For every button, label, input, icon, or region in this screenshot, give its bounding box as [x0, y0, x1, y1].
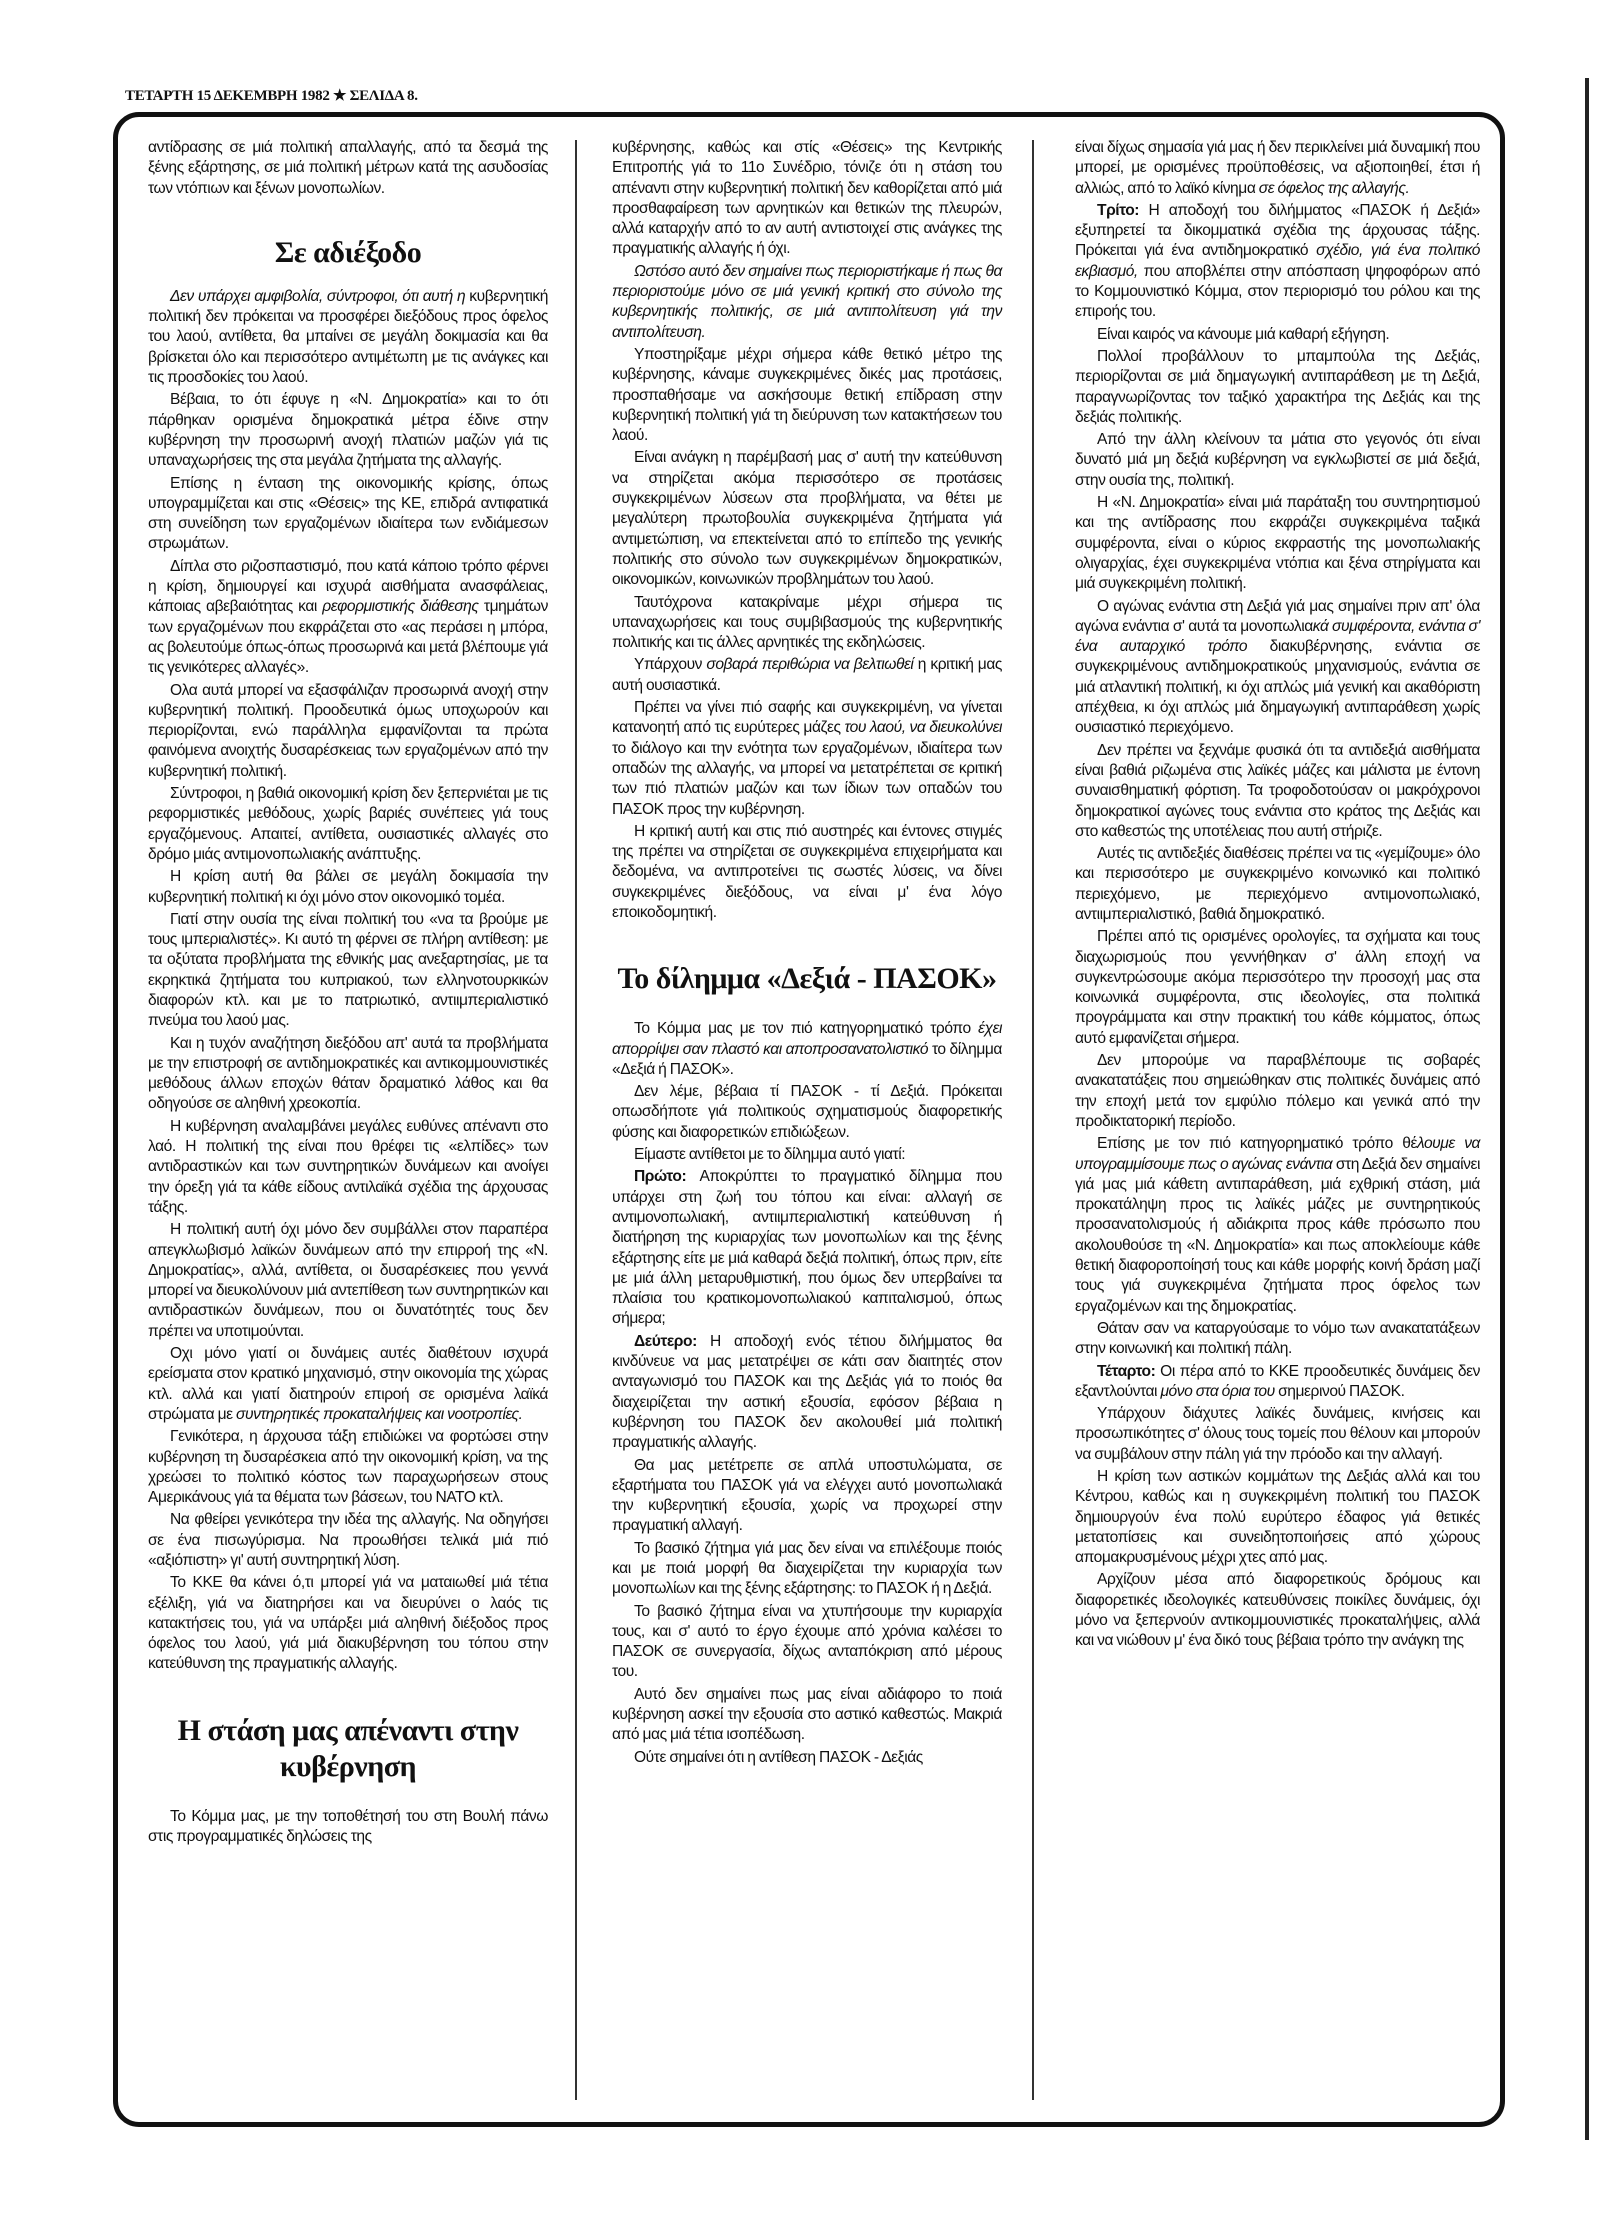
italic-text: ρεφορμιστικής διάθεσης [322, 598, 478, 615]
italic-text: μόνο στα όρια του [1160, 1383, 1274, 1400]
paragraph: είναι δίχως σημασία γιά μας ή δεν περικλ… [1075, 138, 1480, 199]
paragraph: Τρίτο: Η αποδοχή του διλήμματος «ΠΑΣΟΚ ή… [1075, 201, 1480, 323]
bold-lead: Τρίτο: [1097, 202, 1139, 219]
article-column-3: είναι δίχως σημασία γιά μας ή δεν περικλ… [1075, 138, 1480, 1654]
page-dateline: ΤΕΤΑΡΤΗ 15 ΔΕΚΕΜΒΡΗ 1982 ★ ΣΕΛΙΔΑ 8. [125, 86, 418, 105]
bold-lead: Πρώτο: [634, 1168, 686, 1185]
paragraph: Από την άλλη κλείνουν τα μάτια στο γεγον… [1075, 430, 1480, 491]
paragraph: Η κυβέρνηση αναλαμβάνει μεγάλες ευθύνες … [148, 1117, 548, 1218]
paragraph: Πρέπει από τις ορισμένες ορολογίες, τα σ… [1075, 927, 1480, 1049]
text: Υπάρχουν [634, 656, 706, 673]
paragraph: Δεν υπάρχει αμφιβολία, σύντροφοι, ότι αυ… [148, 287, 548, 388]
italic-text: Ωστόσο αυτό δεν σημαίνει πως περιοριστήκ… [612, 263, 1002, 341]
paragraph: Η κριτική αυτή και στις πιό αυστηρές και… [612, 822, 1002, 923]
text: Η αποδοχή ενός τέτιου διλήμματος θα κινδ… [612, 1333, 1002, 1451]
page-edge-rule [1585, 78, 1589, 2140]
paragraph: Το Κόμμα μας, με την τοποθέτησή του στη … [148, 1807, 548, 1848]
paragraph: Αυτές τις αντιδεξιές διαθέσεις πρέπει να… [1075, 844, 1480, 925]
paragraph: Γιατί στην ουσία της είναι πολιτική του … [148, 910, 548, 1032]
paragraph: κυβέρνησης, καθώς και στίς «Θέσεις» της … [612, 138, 1002, 260]
paragraph: Πρώτο: Αποκρύπτει το πραγματικό δίλημμα … [612, 1167, 1002, 1329]
paragraph: Βέβαια, το ότι έφυγε η «Ν. Δημοκρατία» κ… [148, 390, 548, 471]
paragraph: Δίπλα στο ριζοσπαστισμό, που κατά κάποιο… [148, 557, 548, 679]
paragraph: Ολα αυτά μπορεί να εξασφάλιζαν προσωρινά… [148, 681, 548, 782]
paragraph: Δεν λέμε, βέβαια τί ΠΑΣΟΚ - τί Δεξιά. Πρ… [612, 1082, 1002, 1143]
paragraph: Επίσης η ένταση της οικονομικής κρίσης, … [148, 474, 548, 555]
paragraph: Πρέπει να γίνει πιό σαφής και συγκεκριμέ… [612, 698, 1002, 820]
italic-text: σοβαρά περιθώρια να βελτιωθεί [706, 656, 913, 673]
bold-lead: Τέταρτο: [1097, 1363, 1155, 1380]
paragraph: Γενικότερα, η άρχουσα τάξη επιδιώκει να … [148, 1427, 548, 1508]
text: σημερινού ΠΑΣΟΚ. [1275, 1383, 1405, 1400]
italic-text: συντηρητικές προκαταλήψεις και νοοτροπίε… [236, 1406, 523, 1423]
paragraph: Ο αγώνας ενάντια στη Δεξιά γιά μας σημαί… [1075, 597, 1480, 739]
bold-lead: Δεύτερο: [634, 1333, 697, 1350]
paragraph: Δεν μπορούμε να παραβλέπουμε τις σοβαρές… [1075, 1051, 1480, 1132]
text: Αποκρύπτει το πραγματικό δίλημμα που υπά… [612, 1168, 1002, 1327]
column-divider [575, 140, 577, 2100]
text: το διάλογο και την ενότητα των εργαζομέν… [612, 740, 1002, 818]
paragraph: Αρχίζουν μέσα από διαφορετικούς δρόμους … [1075, 1570, 1480, 1651]
italic-text: σε όφελος της αλλαγής. [1259, 180, 1410, 197]
section-heading: Το δίλημμα «Δεξιά - ΠΑΣΟΚ» [612, 961, 1002, 997]
paragraph: Ωστόσο αυτό δεν σημαίνει πως περιοριστήκ… [612, 262, 1002, 343]
paragraph: Σύντροφοι, η βαθιά οικονομική κρίση δεν … [148, 784, 548, 865]
paragraph: Η κρίση των αστικών κομμάτων της Δεξιάς … [1075, 1467, 1480, 1568]
paragraph: Δεν πρέπει να ξεχνάμε φυσικά ότι τα αντι… [1075, 741, 1480, 842]
text: Το Κόμμα μας με τον πιό κατηγορηματικό τ… [634, 1020, 978, 1037]
paragraph: Να φθείρει γενικότερα την ιδέα της αλλαγ… [148, 1510, 548, 1571]
paragraph: Οχι μόνο γιατί οι δυνάμεις αυτές διαθέτο… [148, 1344, 548, 1425]
paragraph: Το βασικό ζήτημα γιά μας δεν είναι να επ… [612, 1539, 1002, 1600]
italic-text: Δεν υπάρχει αμφιβολία, σύντροφοι, ότι αυ… [170, 288, 465, 305]
paragraph: Επίσης με τον πιό κατηγορηματικό τρόπο θ… [1075, 1134, 1480, 1317]
paragraph: Ταυτόχρονα κατακρίναμε μέχρι σήμερα τις … [612, 593, 1002, 654]
paragraph: αντίδρασης σε μιά πολιτική απαλλαγής, απ… [148, 138, 548, 199]
paragraph: Είμαστε αντίθετοι με το δίλημμα αυτό για… [612, 1145, 1002, 1165]
paragraph: Πολλοί προβάλλουν το μπαμπούλα της Δεξιά… [1075, 347, 1480, 428]
paragraph: Η πολιτική αυτή όχι μόνο δεν συμβάλλει σ… [148, 1220, 548, 1342]
paragraph: Είναι καιρός να κάνουμε μιά καθαρή εξήγη… [1075, 325, 1480, 345]
italic-text: του λαού, να διευκολύνει [844, 719, 1002, 736]
paragraph: Υπάρχουν διάχυτες λαϊκές δυνάμεις, κινήσ… [1075, 1404, 1480, 1465]
paragraph: Τέταρτο: Οι πέρα από το ΚΚΕ προοδευτικές… [1075, 1362, 1480, 1403]
paragraph: Η κρίση αυτή θα βάλει σε μεγάλη δοκιμασί… [148, 867, 548, 908]
paragraph: Αυτό δεν σημαίνει πως μας είναι αδιάφορο… [612, 1685, 1002, 1746]
paragraph: Υπάρχουν σοβαρά περιθώρια να βελτιωθεί η… [612, 655, 1002, 696]
section-heading: Η στάση μας απέναντι στην κυβέρνηση [148, 1713, 548, 1785]
paragraph: Και η τυχόν αναζήτηση διεξόδου απ' αυτά … [148, 1034, 548, 1115]
paragraph: Ούτε σημαίνει ότι η αντίθεση ΠΑΣΟΚ - Δεξ… [612, 1748, 1002, 1768]
paragraph: Θα μας μετέτρεπε σε απλά υποστυλώματα, σ… [612, 1456, 1002, 1537]
article-column-1: αντίδρασης σε μιά πολιτική απαλλαγής, απ… [148, 138, 548, 1849]
paragraph: Το ΚΚΕ θα κάνει ό,τι μπορεί γιά να μαται… [148, 1573, 548, 1674]
section-heading: Σε αδιέξοδο [148, 235, 548, 271]
article-column-2: κυβέρνησης, καθώς και στίς «Θέσεις» της … [612, 138, 1002, 1770]
text: Επίσης με τον πιό κατηγορηματικό τρόπο θ… [1097, 1135, 1417, 1152]
paragraph: Είναι ανάγκη η παρέμβασή μας σ' αυτή την… [612, 448, 1002, 590]
column-divider [1032, 140, 1034, 2100]
text: στη Δεξιά δεν σημαίνει γιά μας μιά κάθετ… [1075, 1156, 1480, 1315]
paragraph: Το Κόμμα μας με τον πιό κατηγορηματικό τ… [612, 1019, 1002, 1080]
paragraph: Θάταν σαν να καταργούσαμε το νόμο των αν… [1075, 1319, 1480, 1360]
paragraph: Υποστηρίξαμε μέχρι σήμερα κάθε θετικό μέ… [612, 345, 1002, 446]
paragraph: Δεύτερο: Η αποδοχή ενός τέτιου διλήμματο… [612, 1332, 1002, 1454]
paragraph: Η «Ν. Δημοκρατία» είναι μιά παράταξη του… [1075, 493, 1480, 594]
paragraph: Το βασικό ζήτημα είναι να χτυπήσουμε την… [612, 1602, 1002, 1683]
